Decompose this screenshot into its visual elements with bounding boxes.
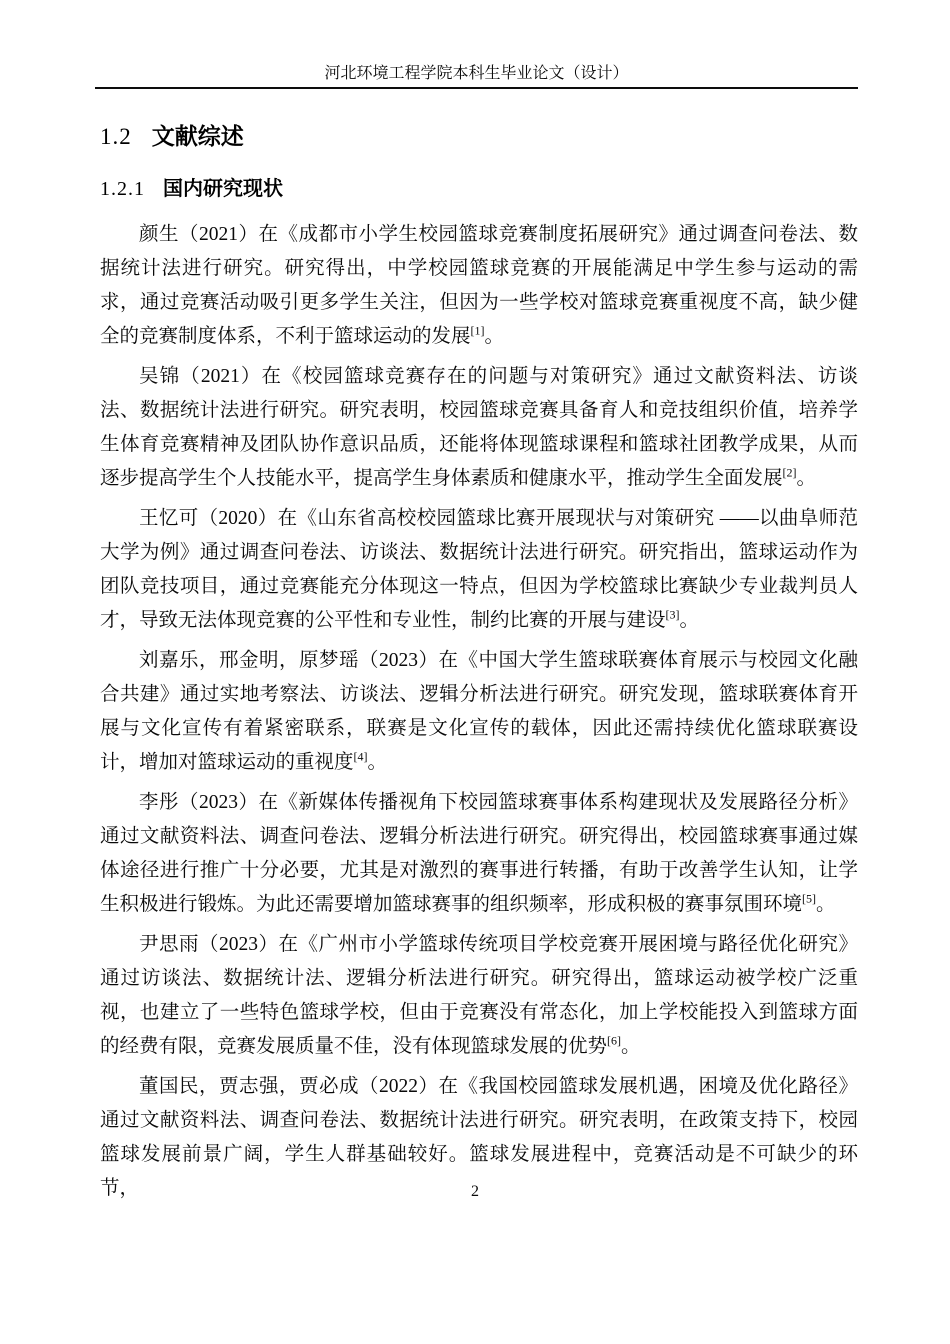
literature-paragraph-2: 吴锦（2021）在《校园篮球竞赛存在的问题与对策研究》通过文献资料法、访谈法、数…: [100, 360, 858, 496]
page-content: 1.2文献综述 1.2.1国内研究现状 颜生（2021）在《成都市小学生校园篮球…: [0, 122, 950, 1206]
citation-ref-2: [2]: [783, 466, 797, 480]
subsection-title: 国内研究现状: [163, 178, 283, 200]
paragraph-period: 。: [816, 894, 836, 915]
section-heading: 1.2文献综述: [100, 122, 858, 151]
citation-ref-4: [4]: [354, 750, 368, 764]
paragraph-text: 尹思雨（2023）在《广州市小学篮球传统项目学校竞赛开展困境与路径优化研究》通过…: [100, 934, 858, 1057]
literature-paragraph-6: 尹思雨（2023）在《广州市小学篮球传统项目学校竞赛开展困境与路径优化研究》通过…: [100, 928, 858, 1064]
citation-ref-3: [3]: [666, 608, 680, 622]
paragraph-period: 。: [621, 1036, 641, 1057]
literature-paragraph-1: 颜生（2021）在《成都市小学生校园篮球竞赛制度拓展研究》通过调查问卷法、数据统…: [100, 218, 858, 354]
document-page: 河北环境工程学院本科生毕业论文（设计） 1.2文献综述 1.2.1国内研究现状 …: [0, 0, 950, 1344]
section-number: 1.2: [100, 124, 132, 149]
header-title: 河北环境工程学院本科生毕业论文（设计）: [324, 65, 628, 82]
paragraph-period: 。: [797, 468, 817, 489]
paragraph-text: 吴锦（2021）在《校园篮球竞赛存在的问题与对策研究》通过文献资料法、访谈法、数…: [100, 366, 858, 489]
paragraph-period: 。: [368, 752, 388, 773]
section-title: 文献综述: [152, 123, 244, 149]
citation-ref-6: [6]: [607, 1034, 621, 1048]
paragraph-text: 王忆可（2020）在《山东省高校校园篮球比赛开展现状与对策研究 ——以曲阜师范大…: [100, 508, 858, 631]
paragraph-text: 刘嘉乐，邢金明，原梦瑶（2023）在《中国大学生篮球联赛体育展示与校园文化融合共…: [100, 650, 858, 773]
paragraph-period: 。: [485, 326, 505, 347]
citation-ref-5: [5]: [802, 892, 816, 906]
page-number: 2: [0, 1182, 950, 1202]
paragraph-text: 董国民，贾志强，贾必成（2022）在《我国校园篮球发展机遇，困境及优化路径》通过…: [100, 1076, 858, 1199]
page-header: 河北环境工程学院本科生毕业论文（设计）: [95, 0, 858, 89]
literature-paragraph-5: 李彤（2023）在《新媒体传播视角下校园篮球赛事体系构建现状及发展路径分析》通过…: [100, 786, 858, 922]
literature-paragraph-4: 刘嘉乐，邢金明，原梦瑶（2023）在《中国大学生篮球联赛体育展示与校园文化融合共…: [100, 644, 858, 780]
paragraph-text: 李彤（2023）在《新媒体传播视角下校园篮球赛事体系构建现状及发展路径分析》通过…: [100, 792, 858, 915]
citation-ref-1: [1]: [471, 324, 485, 338]
literature-paragraph-3: 王忆可（2020）在《山东省高校校园篮球比赛开展现状与对策研究 ——以曲阜师范大…: [100, 502, 858, 638]
paragraph-period: 。: [680, 610, 700, 631]
subsection-number: 1.2.1: [100, 178, 145, 200]
subsection-heading: 1.2.1国内研究现状: [100, 177, 858, 201]
